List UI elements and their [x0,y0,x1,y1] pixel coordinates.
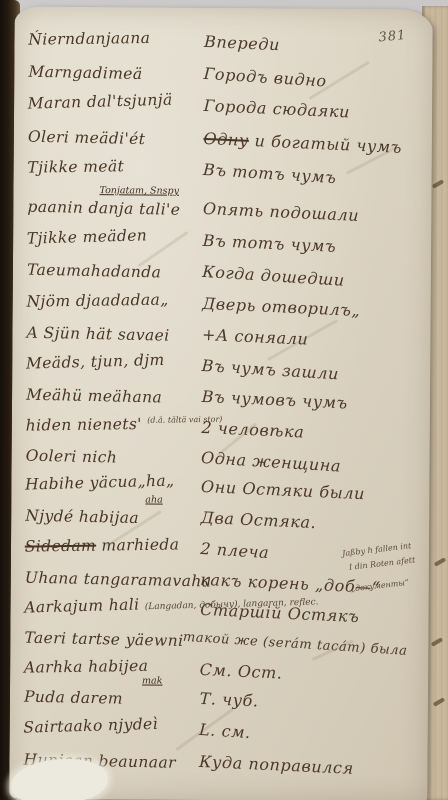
manuscript-row: Oleri meädi'ét Одну и богатый чумъ [28,128,410,150]
latin-term: Ńierndanjaana [28,28,204,48]
cyrillic-gloss: Старшій Остякъ [199,600,406,628]
cyrillic-gloss: Въ чумъ зашли [201,356,408,388]
manuscript-row: hiden nienets' (d.ä. tältä vai stor) 2 ч… [26,417,408,439]
manuscript-row: Ooleri nich Одна женщина [26,447,408,469]
latin-term: paanin danja tali'e [27,198,203,220]
latin-text: hiden nienets' [26,415,143,435]
latin-term: Taeri tartse yäewni [24,629,183,650]
manuscript-row: mak Puda darem Т. чуб. [24,688,406,710]
latin-term: Aarkajum hali (Langadan, добычу), langar… [24,594,200,617]
manuscript-row: Taeri tartse yäewni такой же (serám tacá… [24,629,406,650]
latin-term: Oleri meädi'ét [28,128,204,150]
cyrillic-gloss: Они Остяки были [200,477,407,505]
manuscript-row: A Sjün hät savaei +А соняали [26,324,408,346]
latin-term: Meähü meähana [26,386,202,408]
cyrillic-gloss: Опять подошали [202,199,409,227]
cyrillic-gloss: Въ тотъ чумъ [202,231,409,259]
manuscript-row: aha Njydé habijaa Два Остяка. [25,507,407,529]
latin-term: Meäds, tjun, djm [26,350,202,373]
cyrillic-gloss: Въ тотъ чумъ [202,160,409,192]
interlinear-note: aha [145,494,163,505]
interlinear-note: mak [142,675,163,686]
manuscript-row: Meähü meähana Въ чумовъ чумъ [26,386,408,408]
latin-term: Habihe yäcua„ha„ [25,471,201,494]
latin-term: A Sjün hät savaei [26,324,202,346]
manuscript-row: Taeumahadanda Когда дошедши [27,261,409,283]
manuscript-row: Ńierndanjaana Впереди [28,31,410,53]
cyrillic-gloss: См. Ост. [199,660,406,688]
cyrillic-gloss: Куда поправился [198,752,405,780]
latin-term: Ooleri nich [26,447,202,469]
latin-term: Tjikke meät [27,156,203,176]
cyrillic-gloss: Впереди [203,32,410,60]
latin-term: Njöm djaadadaa„ [26,290,202,310]
latin-term: Sairtaako njydeì [23,714,199,737]
cyrillic-gloss: Дверь отворилъ„ [202,294,409,322]
latin-term: Uhana tangaramavaha [25,569,201,591]
latin-text: marhieda [101,535,179,554]
manuscript-row: Tonjatam, Snspy paanin danja tali'e Опят… [27,198,409,220]
cyrillic-gloss: L. см. [198,720,405,752]
cyrillic-gloss: такой же (serám tacám) была [182,630,407,659]
manuscript-row: Habihe yäcua„ha„ Они Остяки были [25,476,407,498]
struck-word: Sidedam [25,537,97,556]
manuscript-row: Meäds, tjun, djm Въ чумъ зашли [26,355,408,377]
latin-term: Aarhka habijea [24,656,200,676]
manuscript-row: Aarhka habijea См. Ост. [24,659,406,681]
latin-term: Puda darem [24,688,200,710]
interlinear-note: Tonjatam, Snspy [99,185,179,197]
cyrillic-gloss: Городъ видно [203,64,410,96]
manuscript-photo: 381 Ńierndanjaana Впереди Marngadimeä Го… [0,0,448,800]
manuscript-row: Maran dal'tsjunjä Города сюдаяки [28,95,410,117]
latin-term: hiden nienets' (d.ä. tältä vai stor) [26,414,202,434]
cyrillic-gloss: Города сюдаяки [203,96,410,124]
manuscript-row: Tjikke meäden Въ тотъ чумъ [27,230,409,252]
latin-term: Taeumahadanda [27,261,203,283]
latin-term: Sidedam marhieda [25,535,201,555]
manuscript-row: Aarkajum hali (Langadan, добычу), langar… [25,599,407,621]
manuscript-row: Njöm djaadadaa„ Дверь отворилъ„ [27,293,409,315]
cyrillic-gloss: Два Остяка. [200,508,407,536]
cyrillic-gloss: Въ чумовъ чумъ [201,387,408,415]
cyrillic-gloss: Когда дошедши [202,262,409,294]
latin-text: Aarkajum hali [24,595,140,616]
manuscript-page: 381 Ńierndanjaana Впереди Marngadimeä Го… [9,7,433,800]
latin-term: Marngadimeä [28,63,204,85]
cyrillic-gloss: Одну и богатый чумъ [203,129,410,157]
cyrillic-gloss: Одна женщина [200,448,407,480]
struck-word: Одну [203,129,249,150]
latin-term: Maran dal'tsjunjä [28,90,204,113]
latin-term: Tjikke meäden [27,225,203,248]
latin-term: Njydé habijaa [25,507,201,529]
